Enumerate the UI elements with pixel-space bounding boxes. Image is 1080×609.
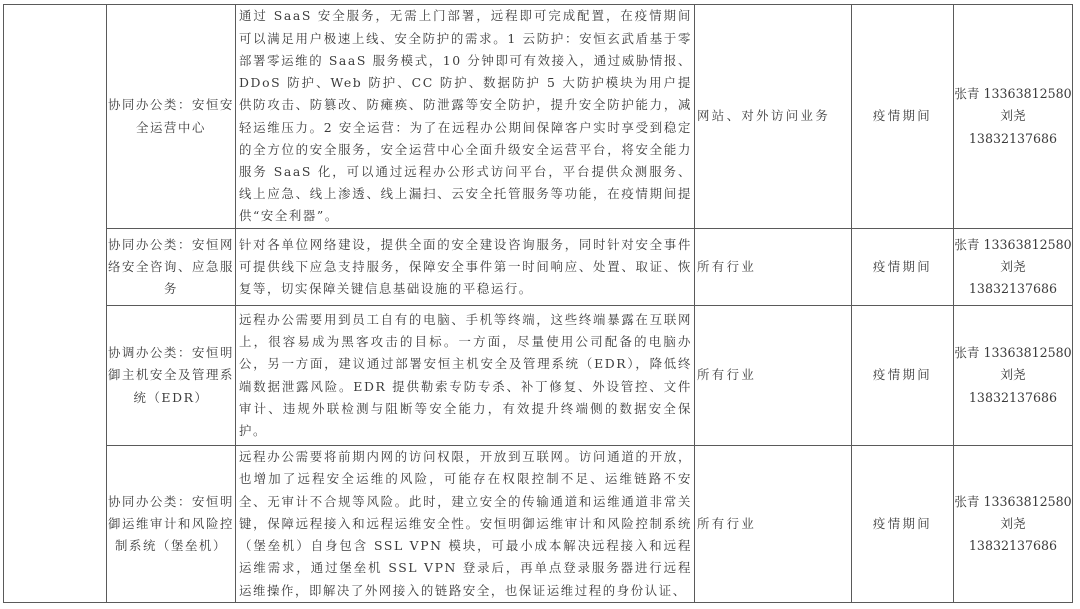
contact-line-3: 13832137686	[954, 387, 1071, 409]
applicable-scope: 所有行业	[694, 446, 851, 602]
product-description-text: 远程办公需要用到员工自有的电脑、手机等终端，这些终端暴露在互联网上，很容易成为黑…	[239, 309, 692, 442]
table-row: 协同办公类：安恒明御运维审计和风险控制系统（堡垒机） 远程办公需要将前期内网的访…	[107, 446, 1072, 602]
product-description-text: 远程办公需要将前期内网的访问权限，开放到互联网。访问通道的开放，也增加了远程安全…	[239, 446, 692, 601]
service-period-text: 疫情期间	[873, 513, 932, 535]
service-period-text: 疫情期间	[873, 364, 932, 386]
contact-info: 张青 13363812580 刘尧 13832137686	[953, 446, 1072, 602]
contact-line-3: 13832137686	[954, 535, 1071, 557]
contact-line-2: 刘尧	[954, 105, 1071, 127]
table-row: 协调办公类：安恒明御主机安全及管理系统（EDR） 远程办公需要用到员工自有的电脑…	[107, 306, 1072, 446]
product-name-text: 协调办公类：安恒明御主机安全及管理系统（EDR）	[108, 342, 234, 409]
table-row: 协同办公类：安恒安全运营中心 通过 SaaS 安全服务，无需上门部署，远程即可完…	[107, 5, 1072, 229]
contact-line-1: 张青 13363812580	[954, 342, 1071, 364]
contact-line-2: 刘尧	[954, 513, 1071, 535]
table-row: 协同办公类：安恒网络安全咨询、应急服务 针对各单位网络建设，提供全面的安全建设咨…	[107, 229, 1072, 306]
product-name-text: 协同办公类：安恒网络安全咨询、应急服务	[108, 234, 234, 301]
applicable-scope: 网站、对外访问业务	[694, 5, 851, 228]
product-name: 协同办公类：安恒网络安全咨询、应急服务	[107, 229, 235, 305]
service-period-text: 疫情期间	[873, 256, 932, 278]
applicable-scope-text: 所有行业	[697, 256, 756, 278]
contact-info: 张青 13363812580 刘尧 13832137686	[953, 229, 1072, 305]
product-name: 协调办公类：安恒明御主机安全及管理系统（EDR）	[107, 306, 235, 445]
product-name-text: 协同办公类：安恒明御运维审计和风险控制系统（堡垒机）	[108, 491, 234, 558]
applicable-scope-text: 所有行业	[697, 364, 756, 386]
product-description: 远程办公需要将前期内网的访问权限，开放到互联网。访问通道的开放，也增加了远程安全…	[235, 446, 694, 602]
contact-line-2: 刘尧	[954, 256, 1071, 278]
contact-info: 张青 13363812580 刘尧 13832137686	[953, 306, 1072, 445]
applicable-scope-text: 所有行业	[697, 513, 756, 535]
product-description: 远程办公需要用到员工自有的电脑、手机等终端，这些终端暴露在互联网上，很容易成为黑…	[235, 306, 694, 445]
product-table: 协同办公类：安恒安全运营中心 通过 SaaS 安全服务，无需上门部署，远程即可完…	[3, 4, 1073, 603]
contact-line-1: 张青 13363812580	[954, 83, 1071, 105]
service-period-text: 疫情期间	[873, 105, 932, 127]
service-period: 疫情期间	[851, 306, 953, 445]
product-description: 针对各单位网络建设，提供全面的安全建设咨询服务，同时针对安全事件可提供线下应急支…	[235, 229, 694, 305]
contact-line-3: 13832137686	[954, 128, 1071, 150]
merged-category-cell	[4, 5, 107, 602]
product-description-text: 针对各单位网络建设，提供全面的安全建设咨询服务，同时针对安全事件可提供线下应急支…	[239, 234, 692, 301]
product-description: 通过 SaaS 安全服务，无需上门部署，远程即可完成配置，在疫情期间可以满足用户…	[235, 5, 694, 228]
contact-line-1: 张青 13363812580	[954, 491, 1071, 513]
applicable-scope-text: 网站、对外访问业务	[697, 105, 830, 127]
applicable-scope: 所有行业	[694, 229, 851, 305]
contact-line-2: 刘尧	[954, 364, 1071, 386]
contact-line-3: 13832137686	[954, 278, 1071, 300]
applicable-scope: 所有行业	[694, 306, 851, 445]
contact-info: 张青 13363812580 刘尧 13832137686	[953, 5, 1072, 228]
service-period: 疫情期间	[851, 5, 953, 228]
contact-line-1: 张青 13363812580	[954, 234, 1071, 256]
service-period: 疫情期间	[851, 229, 953, 305]
product-description-text: 通过 SaaS 安全服务，无需上门部署，远程即可完成配置，在疫情期间可以满足用户…	[239, 5, 692, 227]
product-name: 协同办公类：安恒明御运维审计和风险控制系统（堡垒机）	[107, 446, 235, 602]
product-name: 协同办公类：安恒安全运营中心	[107, 5, 235, 228]
product-name-text: 协同办公类：安恒安全运营中心	[108, 94, 234, 138]
service-period: 疫情期间	[851, 446, 953, 602]
